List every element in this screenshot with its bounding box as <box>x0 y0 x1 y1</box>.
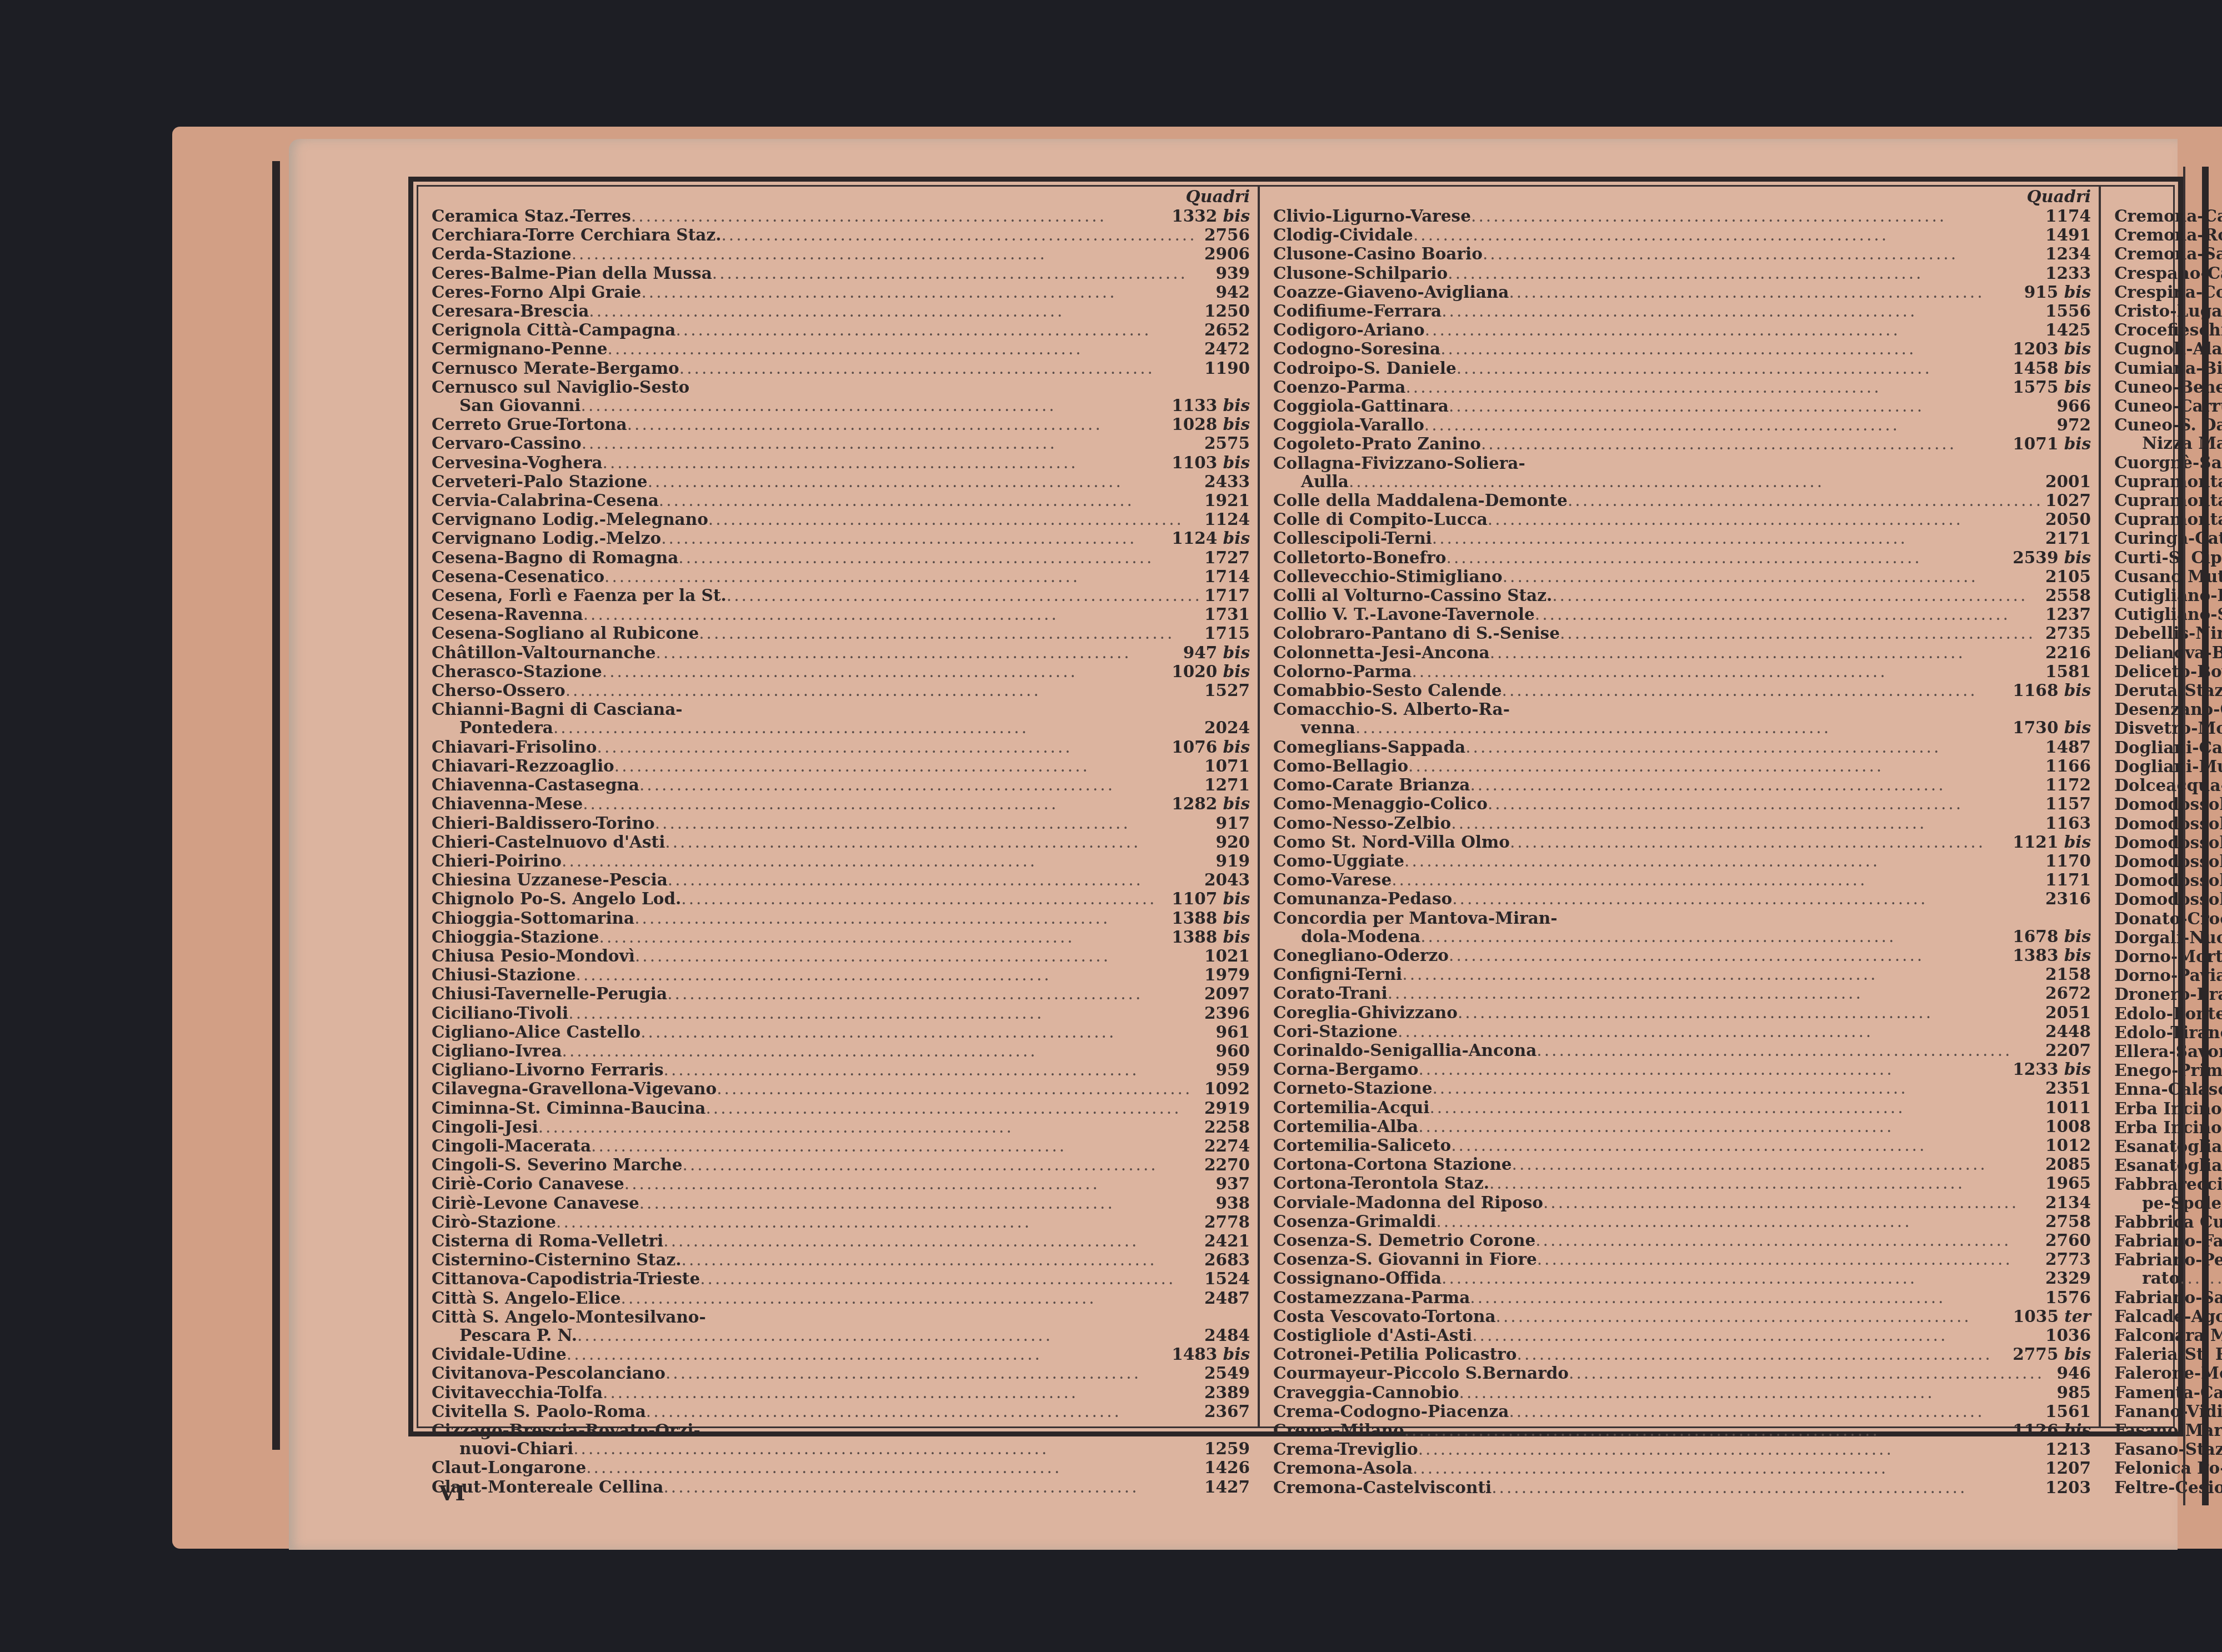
leader-dots <box>1470 776 2043 794</box>
station-route-name: Cermignano-Penne <box>432 339 608 358</box>
station-route-name: Cherso-Ossero <box>432 681 565 699</box>
index-entry: Cortona-Cortona Stazione2085 <box>1273 1155 2091 1174</box>
suffix-label: bis <box>1217 737 1250 757</box>
table-number: 1071 bis <box>2010 434 2091 453</box>
table-number: 942 <box>1213 283 1250 301</box>
station-route-name: Cortemilia-Saliceto <box>1273 1136 1451 1154</box>
table-number: 1425 <box>2043 321 2091 339</box>
leader-dots <box>1535 1232 2043 1250</box>
station-route-name: Cingoli-Macerata <box>432 1137 591 1155</box>
leader-dots <box>1412 663 2043 681</box>
station-route-name: Clodig-Cividale <box>1273 226 1413 244</box>
station-route-name: Cigliano-Livorno Ferraris <box>432 1060 664 1079</box>
leader-dots <box>1569 1364 2055 1383</box>
index-entry: Clivio-Ligurno-Varese1174 <box>1273 207 2091 226</box>
index-entry: Cosenza-S. Demetrio Corone2760 <box>1273 1231 2091 1250</box>
leader-dots <box>675 321 1202 339</box>
leader-dots <box>641 283 1213 302</box>
leader-dots <box>705 1099 1202 1118</box>
suffix-label: bis <box>2058 832 2091 852</box>
leader-dots <box>1459 1384 2055 1402</box>
leader-dots <box>1355 719 2010 737</box>
index-entry: Costamezzana-Parma1576 <box>1273 1288 2091 1307</box>
index-entry: Cesena-Sogliano al Rubicone1715 <box>432 624 1250 643</box>
leader-dots <box>682 1251 1202 1269</box>
station-route-name: Codroipo-S. Daniele <box>1273 359 1457 377</box>
index-column-1: Quadri Ceramica Staz.-Terres1332 bisCerc… <box>418 187 1260 1426</box>
station-route-name: Cotronei-Petilia Policastro <box>1273 1345 1517 1363</box>
leader-dots <box>659 492 1202 510</box>
index-entry: Cilavegna-Gravellona-Vigevano1092 <box>432 1079 1250 1098</box>
station-route-name: venna <box>1273 718 1355 737</box>
table-number: 2351 <box>2043 1079 2091 1097</box>
suffix-label: bis <box>1217 794 1250 813</box>
index-entry: Châtillon-Valtournanche947 bis <box>432 643 1250 662</box>
leader-dots <box>1451 814 2043 833</box>
index-entry: Ceres-Forno Alpi Graie942 <box>432 283 1250 302</box>
station-route-name: Colli al Volturno-Cassino Staz. <box>1273 586 1552 604</box>
table-number: 2549 <box>1202 1364 1250 1382</box>
table-number: 1168 bis <box>2010 681 2091 699</box>
leader-dots <box>1481 435 2010 453</box>
station-route-name: Cosenza-S. Demetrio Corone <box>1273 1231 1535 1249</box>
leader-dots <box>1509 1403 2043 1421</box>
station-route-name: Costamezzana-Parma <box>1273 1288 1470 1306</box>
index-entry: Configni-Terni2158 <box>1273 965 2091 984</box>
leader-dots <box>572 245 1202 263</box>
table-number: 1203 bis <box>2010 339 2091 358</box>
table-number: 1233 <box>2043 264 2091 282</box>
leader-dots <box>668 871 1202 889</box>
index-entry: Codroipo-S. Daniele1458 bis <box>1273 359 2091 378</box>
station-route-name: Cilavegna-Gravellona-Vigevano <box>432 1079 717 1098</box>
index-entry: Cittanova-Capodistria-Trieste1524 <box>432 1269 1250 1288</box>
table-number: 1491 <box>2043 226 2091 244</box>
index-entry: Cizzago-Brescia-Rovato-Orzi- <box>432 1421 1250 1439</box>
suffix-label: bis <box>1217 662 1250 681</box>
leader-dots <box>581 397 1170 415</box>
station-route-name: Codifiume-Ferrara <box>1273 302 1442 320</box>
index-entry: Cervia-Calabrina-Cesena1921 <box>432 491 1250 510</box>
station-route-name: Chiavenna-Mese <box>432 794 583 813</box>
index-entry: Cirò-Stazione2778 <box>432 1213 1250 1232</box>
station-route-name: Cosenza-S. Giovanni in Fiore <box>1273 1250 1537 1268</box>
leader-dots <box>656 644 1181 662</box>
index-entry: Cherasco-Stazione1020 bis <box>432 662 1250 681</box>
table-number: 1008 <box>2043 1117 2091 1135</box>
table-number: 1427 <box>1202 1478 1250 1496</box>
index-entry: Collagna-Fivizzano-Soliera- <box>1273 454 2091 472</box>
leader-dots <box>1492 1479 2043 1497</box>
station-route-name: Clivio-Ligurno-Varese <box>1273 207 1471 225</box>
index-entry: Coazze-Giaveno-Avigliana915 bis <box>1273 283 2091 302</box>
station-route-name: Cesena-Sogliano al Rubicone <box>432 624 699 642</box>
leader-dots <box>1418 1440 2043 1459</box>
index-entry: Corviale-Madonna del Riposo2134 <box>1273 1193 2091 1212</box>
leader-dots <box>604 568 1202 586</box>
table-number: 1426 <box>1202 1458 1250 1476</box>
leader-dots <box>1543 1194 2043 1212</box>
table-number: 1124 bis <box>1169 529 1250 547</box>
table-number: 1250 <box>1202 302 1250 320</box>
table-number: 920 <box>1213 833 1250 851</box>
table-number: 2487 <box>1202 1289 1250 1307</box>
index-entry: Colorno-Parma1581 <box>1273 662 2091 681</box>
table-number: 2433 <box>1202 472 1250 490</box>
index-entry: Coggiola-Varallo972 <box>1273 415 2091 434</box>
station-route-name: Città S. Angelo-Elice <box>432 1289 621 1307</box>
table-number: 1174 <box>2043 207 2091 225</box>
table-number: 2329 <box>2043 1269 2091 1287</box>
index-entry: Cesena, Forlì e Faenza per la St.1717 <box>432 586 1250 605</box>
index-entry: Cervaro-Cassino2575 <box>432 434 1250 453</box>
station-route-name: Chiavenna-Castasegna <box>432 775 639 794</box>
suffix-label: bis <box>2058 358 2091 378</box>
leader-dots <box>1413 226 2043 244</box>
index-entry: dola-Modena1678 bis <box>1273 927 2091 946</box>
table-number: 1271 <box>1202 775 1250 794</box>
table-number: 2105 <box>2043 567 2091 585</box>
station-route-name: Cirò-Stazione <box>432 1213 556 1231</box>
station-route-name: Ceres-Balme-Pian della Mussa <box>432 264 712 282</box>
leader-dots <box>640 1023 1213 1042</box>
station-route-name: Conegliano-Oderzo <box>1273 946 1449 964</box>
station-route-name: Civitella S. Paolo-Roma <box>432 1402 646 1420</box>
station-route-name: Cossignano-Offida <box>1273 1269 1442 1287</box>
station-route-name: Cosenza-Grimaldi <box>1273 1212 1436 1230</box>
leader-dots <box>1392 871 2043 889</box>
index-entry: Ceresara-Brescia1250 <box>432 302 1250 321</box>
index-entry: Aulla2001 <box>1273 472 2091 491</box>
station-route-name: rato <box>2114 1269 2180 1287</box>
leader-dots <box>565 682 1202 700</box>
station-route-name: Colorno-Parma <box>1273 662 1412 680</box>
index-entry: Claut-Longarone1426 <box>432 1458 1250 1477</box>
index-entry: Ciriè-Levone Canavese938 <box>432 1194 1250 1213</box>
leader-dots <box>1349 473 2043 491</box>
index-entry: Cori-Stazione2448 <box>1273 1022 2091 1041</box>
station-route-name: Ciminna-St. Ciminna-Baucina <box>432 1099 705 1117</box>
leader-dots <box>556 1213 1202 1232</box>
table-number: 1121 bis <box>2010 833 2091 851</box>
table-number: 2258 <box>1202 1118 1250 1136</box>
index-entry: Codigoro-Ariano1425 <box>1273 321 2091 339</box>
index-entry: Costa Vescovato-Tortona1035 ter <box>1273 1307 2091 1326</box>
leader-dots <box>576 966 1202 984</box>
station-route-name: Corviale-Madonna del Riposo <box>1273 1193 1543 1212</box>
index-entry: venna1730 bis <box>1273 718 2091 737</box>
index-entry: Conegliano-Oderzo1383 bis <box>1273 946 2091 965</box>
index-entry: Cherso-Ossero1527 <box>432 681 1250 700</box>
leader-dots <box>1408 757 2043 775</box>
suffix-label: bis <box>2058 927 2091 946</box>
station-route-name: Cesena-Bagno di Romagna <box>432 548 678 567</box>
leader-dots <box>553 719 1202 737</box>
station-route-name: Como-Uggiate <box>1273 852 1404 870</box>
leader-dots <box>661 529 1169 548</box>
index-entry: Codifiume-Ferrara1556 <box>1273 302 2091 321</box>
leader-dots <box>635 947 1202 965</box>
index-entry: Cermignano-Penne2472 <box>432 339 1250 358</box>
table-number: 1259 <box>1202 1439 1250 1458</box>
index-entry: Cividale-Udine1483 bis <box>432 1345 1250 1364</box>
leader-dots <box>639 776 1202 794</box>
station-route-name: Città S. Angelo-Montesilvano- <box>432 1308 706 1326</box>
index-entry: Chiusa Pesio-Mondovì1021 <box>432 947 1250 965</box>
table-number: 1233 bis <box>2010 1060 2091 1078</box>
table-number: 2316 <box>2043 889 2091 908</box>
station-route-name: Colonnetta-Jesi-Ancona <box>1273 643 1490 662</box>
index-entry: Chieri-Poirino919 <box>432 852 1250 870</box>
table-number: 1383 bis <box>2010 946 2091 964</box>
table-number: 1092 <box>1202 1079 1250 1098</box>
station-route-name: Courmayeur-Piccolo S.Bernardo <box>1273 1364 1569 1382</box>
column-header: Quadri <box>1273 189 2091 207</box>
station-route-name: Comabbio-Sesto Calende <box>1273 681 1502 699</box>
index-entry: Cingoli-S. Severino Marche2270 <box>432 1155 1250 1174</box>
index-entry: Cogoleto-Prato Zanino1071 bis <box>1273 434 2091 453</box>
station-route-name: Ciriè-Levone Canavese <box>432 1194 639 1212</box>
table-number: 2024 <box>1202 718 1250 737</box>
station-route-name: Collio V. T.-Lavone-Tavernole <box>1273 605 1535 623</box>
station-route-name: Cremona-Castelvisconti <box>1273 1478 1492 1496</box>
leader-dots <box>1404 1421 2011 1440</box>
station-route-name: Ceres-Forno Alpi Graie <box>432 283 641 301</box>
index-entry: Chiusi-Stazione1979 <box>432 965 1250 984</box>
leader-dots <box>621 1289 1202 1308</box>
leader-dots <box>1457 359 2011 378</box>
station-route-name: Clusone-Schilpario <box>1273 264 1448 282</box>
index-entry: Comacchio-S. Alberto-Ra- <box>1273 700 2091 718</box>
station-route-name: Chiusi-Tavernelle-Perugia <box>432 984 667 1003</box>
station-route-name: Cervaro-Cassino <box>432 434 582 452</box>
index-entry: Concordia per Mantova-Miran- <box>1273 909 2091 927</box>
table-number: 1965 <box>2043 1174 2091 1192</box>
index-entry: Cortona-Terontola Staz.1965 <box>1273 1174 2091 1193</box>
table-number: 1388 bis <box>1169 909 1250 927</box>
table-number: 1979 <box>1202 965 1250 984</box>
leader-dots <box>1388 984 2043 1003</box>
station-route-name: Costa Vescovato-Tortona <box>1273 1307 1496 1325</box>
leader-dots <box>599 928 1170 947</box>
table-number: 2484 <box>1202 1326 1250 1344</box>
leader-dots <box>624 1175 1214 1193</box>
table-number: 2270 <box>1202 1155 1250 1174</box>
leader-dots <box>1432 1079 2043 1098</box>
table-number: 961 <box>1213 1023 1250 1041</box>
index-entry: Chioggia-Stazione1388 bis <box>432 928 1250 947</box>
leader-dots <box>1442 1269 2043 1288</box>
index-entry: Clusone-Schilpario1233 <box>1273 264 2091 283</box>
table-number: 2421 <box>1202 1232 1250 1250</box>
leader-dots <box>1512 1155 2043 1174</box>
leader-dots <box>583 795 1169 813</box>
leader-dots <box>1436 1213 2043 1231</box>
leader-dots <box>631 207 1169 226</box>
table-number: 1731 <box>1202 605 1250 623</box>
index-entry: Chieri-Baldissero-Torino917 <box>432 814 1250 833</box>
table-number: 2760 <box>2043 1231 2091 1249</box>
table-number: 1107 bis <box>1169 889 1250 908</box>
index-entry: Chianni-Bagni di Casciana- <box>432 700 1250 718</box>
index-column-2: Quadri Clivio-Ligurno-Varese1174Clodig-C… <box>1260 187 2101 1426</box>
leader-dots <box>586 1459 1202 1477</box>
station-route-name: Pescara P. N. <box>432 1326 577 1344</box>
index-entry: Cosenza-S. Giovanni in Fiore2773 <box>1273 1250 2091 1269</box>
index-entry: Cernusco sul Naviglio-Sesto <box>432 378 1250 396</box>
station-route-name: Comeglians-Sappada <box>1273 738 1465 756</box>
index-entry: Coreglia-Ghivizzano2051 <box>1273 1003 2091 1022</box>
station-route-name: Crema-Treviglio <box>1273 1440 1418 1458</box>
leader-dots <box>583 605 1202 624</box>
station-route-name: Civitavecchia-Tolfa <box>432 1383 603 1401</box>
leader-dots <box>646 1403 1202 1421</box>
table-number: 1103 bis <box>1169 453 1250 472</box>
station-route-name: Coggiola-Gattinara <box>1273 397 1449 415</box>
suffix-label: bis <box>2058 1420 2091 1440</box>
leader-dots <box>614 757 1202 775</box>
leader-dots <box>568 1004 1202 1023</box>
table-number: 2773 <box>2043 1250 2091 1268</box>
station-route-name: Claut-Longarone <box>432 1458 586 1476</box>
station-route-name: Crema-Codogno-Piacenza <box>1273 1402 1509 1420</box>
index-entry: Como-Uggiate1170 <box>1273 852 2091 870</box>
station-route-name: Cingoli-S. Severino Marche <box>432 1155 683 1174</box>
station-route-name: Comunanza-Pedaso <box>1273 889 1452 908</box>
table-number: 1035 ter <box>2011 1307 2091 1325</box>
leader-dots <box>683 1156 1202 1174</box>
station-route-name: Cesena-Ravenna <box>432 605 583 623</box>
table-number: 1133 bis <box>1169 396 1250 414</box>
station-route-name: Chiusi-Stazione <box>432 965 576 984</box>
index-entry: Cerda-Stazione2906 <box>432 244 1250 263</box>
leader-dots <box>1451 1137 2043 1155</box>
index-entry: Clusone-Casino Boario1234 <box>1273 244 2091 263</box>
suffix-label: bis <box>2058 282 2091 302</box>
index-entry: Collio V. T.-Lavone-Tavernole1237 <box>1273 605 2091 624</box>
station-route-name: Cizzago-Brescia-Rovato-Orzi- <box>432 1421 700 1439</box>
leader-dots <box>664 1061 1214 1079</box>
table-number: 1166 <box>2043 757 2091 775</box>
station-route-name: Cervignano Lodig.-Melzo <box>432 529 661 547</box>
leader-dots <box>1448 264 2043 283</box>
table-number: 2207 <box>2043 1041 2091 1059</box>
table-number: 1561 <box>2043 1402 2091 1420</box>
leader-dots <box>1449 947 2010 965</box>
station-route-name: Chianni-Bagni di Casciana- <box>432 700 683 718</box>
table-number: 1556 <box>2043 302 2091 320</box>
table-number: 2919 <box>1202 1099 1250 1117</box>
leader-dots <box>665 1364 1202 1383</box>
index-entry: Comunanza-Pedaso2316 <box>1273 889 2091 908</box>
station-route-name: Cisternino-Cisternino Staz. <box>432 1250 682 1269</box>
table-number: 1576 <box>2043 1288 2091 1306</box>
table-number: 939 <box>1213 264 1250 282</box>
index-entry: Chiesina Uzzanese-Pescia2043 <box>432 870 1250 889</box>
table-number: 2134 <box>2043 1193 2091 1212</box>
station-route-name: Cingoli-Jesi <box>432 1118 538 1136</box>
station-route-name: Colle della Maddalena-Demonte <box>1273 491 1568 509</box>
station-route-name: Cerignola Città-Campagna <box>432 321 675 339</box>
station-route-name: Cortona-Cortona Stazione <box>1273 1155 1512 1173</box>
index-entry: Colle della Maddalena-Demonte1027 <box>1273 491 2091 510</box>
table-number: 1027 <box>2043 491 2091 509</box>
table-number: 1282 bis <box>1169 794 1250 813</box>
index-entry: Cingoli-Jesi2258 <box>432 1118 1250 1137</box>
suffix-label: bis <box>1217 414 1250 434</box>
table-number: 2775 bis <box>2010 1345 2091 1363</box>
table-number: 1727 <box>1202 548 1250 567</box>
table-number: 2158 <box>2043 965 2091 983</box>
leader-dots <box>608 340 1202 358</box>
station-route-name: Pontedera <box>432 718 553 737</box>
station-route-name: Cittanova-Capodistria-Trieste <box>432 1269 700 1288</box>
leader-dots <box>1470 1289 2043 1307</box>
table-number: 2367 <box>1202 1402 1250 1420</box>
leader-dots <box>1413 1459 2043 1478</box>
leader-dots <box>721 226 1202 244</box>
table-number: 1237 <box>2043 605 2091 623</box>
index-entry: Chioggia-Sottomarina1388 bis <box>432 909 1250 928</box>
leader-dots <box>1418 1118 2043 1136</box>
station-route-name: Cervignano Lodig.-Melegnano <box>432 510 708 528</box>
index-entry: Colonnetta-Jesi-Ancona2216 <box>1273 643 2091 662</box>
station-route-name: Chieri-Poirino <box>432 852 562 870</box>
station-route-name: Colobraro-Pantano di S.-Senise <box>1273 624 1560 642</box>
table-number: 2043 <box>1202 870 1250 889</box>
leader-dots <box>663 1232 1202 1250</box>
leader-dots <box>727 587 1202 605</box>
table-number: 2756 <box>1202 226 1250 244</box>
index-entry: Cerchiara-Torre Cerchiara Staz.2756 <box>432 226 1250 244</box>
station-route-name: Como-Varese <box>1273 870 1392 889</box>
table-number: 1071 <box>1202 757 1250 775</box>
table-number: 1714 <box>1202 567 1250 585</box>
index-entry: Como-Menaggio-Colico1157 <box>1273 794 2091 813</box>
index-entry: Città S. Angelo-Montesilvano- <box>432 1308 1250 1326</box>
index-entry: Colobraro-Pantano di S.-Senise2735 <box>1273 624 2091 643</box>
station-route-name: Chiusa Pesio-Mondovì <box>432 947 635 965</box>
table-number: 1388 bis <box>1169 928 1250 946</box>
index-entry: Cosenza-Grimaldi2758 <box>1273 1212 2091 1231</box>
station-route-name: Cortona-Terontola Staz. <box>1273 1174 1489 1192</box>
leader-dots <box>582 434 1202 453</box>
next-page-edge <box>2183 167 2209 1505</box>
suffix-label: bis <box>1217 908 1250 928</box>
station-route-name: Collagna-Fivizzano-Soliera- <box>1273 454 1525 472</box>
leader-dots <box>639 1194 1214 1213</box>
leader-dots <box>1447 549 2011 567</box>
index-entry: Pescara P. N.2484 <box>432 1326 1250 1345</box>
table-number: 1124 <box>1202 510 1250 528</box>
table-number: 2472 <box>1202 339 1250 358</box>
leader-dots <box>663 1478 1202 1496</box>
station-route-name: Como St. Nord-Villa Olmo <box>1273 833 1510 851</box>
station-route-name: Cerchiara-Torre Cerchiara Staz. <box>432 226 721 244</box>
index-entry: Claut-Montereale Cellina1427 <box>432 1478 1250 1496</box>
index-entry: Cremona-Asola1207 <box>1273 1459 2091 1478</box>
leader-dots <box>562 1042 1214 1060</box>
table-number: 1157 <box>2043 794 2091 813</box>
station-route-name: Cortemilia-Alba <box>1273 1117 1418 1135</box>
station-route-name: Cervesina-Voghera <box>432 453 603 472</box>
station-route-name: Civitanova-Pescolanciano <box>432 1364 665 1382</box>
station-route-name: Cerveteri-Palo Stazione <box>432 472 648 490</box>
index-entry: Corato-Trani2672 <box>1273 984 2091 1003</box>
column-header: Quadri <box>432 189 1250 207</box>
table-number: 2216 <box>2043 643 2091 662</box>
table-number: 946 <box>2055 1364 2091 1382</box>
